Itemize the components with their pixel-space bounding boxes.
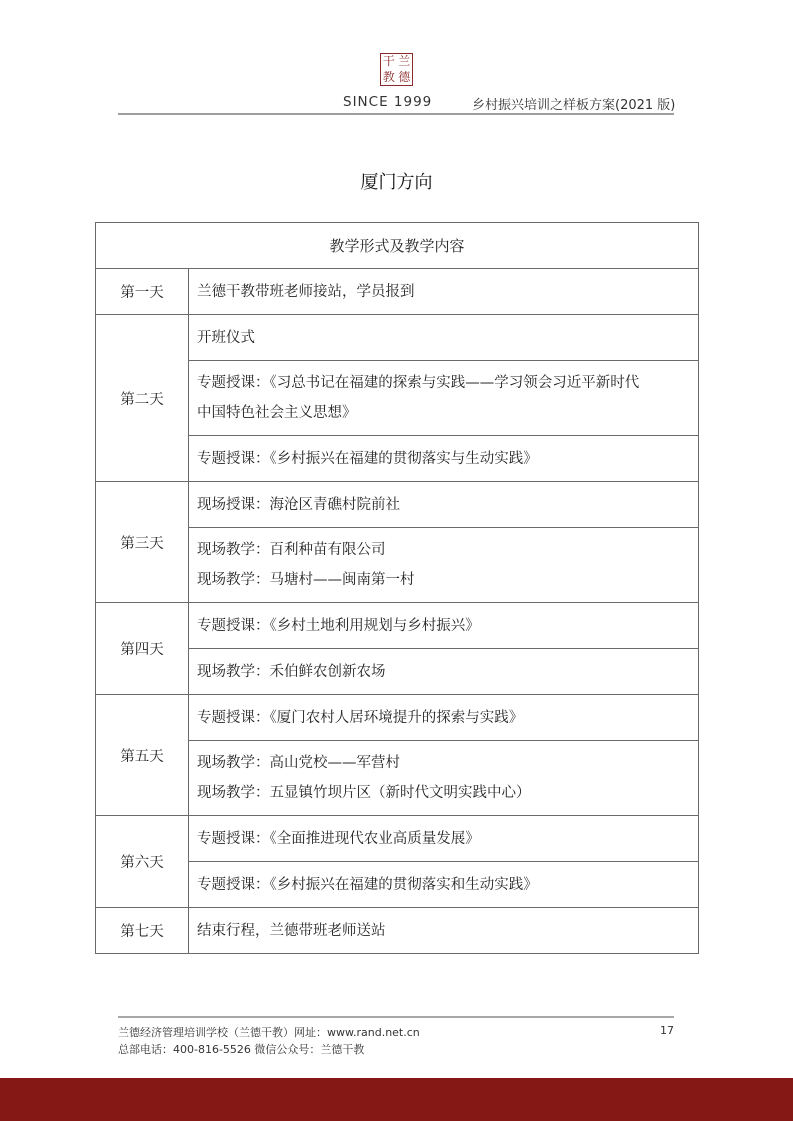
day-item: 专题授课：《全面推进现代农业高质量发展》 xyxy=(189,816,699,862)
item-text: 现场教学：高山党校——军营村 xyxy=(197,748,692,778)
table-header-row: 教学形式及教学内容 xyxy=(96,223,699,269)
page-number: 17 xyxy=(660,1024,674,1037)
day-item: 现场教学：禾伯鲜农创新农场 xyxy=(189,649,699,695)
day-label: 第七天 xyxy=(96,908,189,954)
footer-address: 兰德经济管理培训学校（兰德干教）网址：www.rand.net.cn xyxy=(118,1024,420,1041)
item-text: 兰德干教带班老师接站，学员报到 xyxy=(197,277,692,307)
footer-band xyxy=(0,1078,793,1121)
logo-seal: 干 兰 教 德 xyxy=(380,53,413,86)
table-row: 第六天 专题授课：《全面推进现代农业高质量发展》 xyxy=(96,816,699,862)
logo-char: 德 xyxy=(397,70,413,86)
item-text: 现场授课：海沧区青礁村院前社 xyxy=(197,490,692,520)
table-row: 第五天 专题授课：《厦门农村人居环境提升的探索与实践》 xyxy=(96,695,699,741)
since-label: SINCE 1999 xyxy=(343,94,432,110)
logo-char: 兰 xyxy=(397,54,413,70)
day-item: 现场授课：海沧区青礁村院前社 xyxy=(189,482,699,528)
logo-char: 干 xyxy=(381,54,397,70)
page-title: 厦门方向 xyxy=(0,168,793,194)
item-text: 专题授课：《全面推进现代农业高质量发展》 xyxy=(197,824,692,854)
day-label: 第三天 xyxy=(96,482,189,603)
footer-contact: 总部电话：400-816-5526 微信公众号：兰德干教 xyxy=(118,1041,420,1058)
item-text: 专题授课：《厦门农村人居环境提升的探索与实践》 xyxy=(197,703,692,733)
table-row: 第四天 专题授课：《乡村土地利用规划与乡村振兴》 xyxy=(96,603,699,649)
item-text: 专题授课：《乡村振兴在福建的贯彻落实与生动实践》 xyxy=(197,444,692,474)
item-text: 专题授课：《乡村振兴在福建的贯彻落实和生动实践》 xyxy=(197,870,692,900)
day-label: 第二天 xyxy=(96,315,189,482)
day-item: 专题授课：《厦门农村人居环境提升的探索与实践》 xyxy=(189,695,699,741)
item-text: 结束行程，兰德带班老师送站 xyxy=(197,916,692,946)
day-item: 结束行程，兰德带班老师送站 xyxy=(189,908,699,954)
day-item: 现场教学：百利种苗有限公司 现场教学：马塘村——闽南第一村 xyxy=(189,528,699,603)
schedule-table: 教学形式及教学内容 第一天 兰德干教带班老师接站，学员报到 第二天 开班仪式 专… xyxy=(95,222,699,954)
document-title: 乡村振兴培训之样板方案(2021 版) xyxy=(472,94,675,113)
item-text: 现场教学：五显镇竹坝片区（新时代文明实践中心） xyxy=(197,778,692,808)
item-text: 中国特色社会主义思想》 xyxy=(197,398,692,428)
item-text: 现场教学：百利种苗有限公司 xyxy=(197,535,692,565)
day-item: 开班仪式 xyxy=(189,315,699,361)
day-item: 现场教学：高山党校——军营村 现场教学：五显镇竹坝片区（新时代文明实践中心） xyxy=(189,741,699,816)
day-item: 专题授课：《乡村振兴在福建的贯彻落实和生动实践》 xyxy=(189,862,699,908)
item-text: 现场教学：马塘村——闽南第一村 xyxy=(197,565,692,595)
table-row: 第二天 开班仪式 xyxy=(96,315,699,361)
header-divider xyxy=(118,113,674,115)
item-text: 现场教学：禾伯鲜农创新农场 xyxy=(197,657,692,687)
footer: 兰德经济管理培训学校（兰德干教）网址：www.rand.net.cn 总部电话：… xyxy=(118,1024,420,1058)
day-label: 第一天 xyxy=(96,269,189,315)
table-row: 第三天 现场授课：海沧区青礁村院前社 xyxy=(96,482,699,528)
logo-char: 教 xyxy=(381,70,397,86)
day-label: 第五天 xyxy=(96,695,189,816)
day-label: 第六天 xyxy=(96,816,189,908)
item-text: 开班仪式 xyxy=(197,323,692,353)
item-text: 专题授课：《乡村土地利用规划与乡村振兴》 xyxy=(197,611,692,641)
day-label: 第四天 xyxy=(96,603,189,695)
day-item: 专题授课：《乡村振兴在福建的贯彻落实与生动实践》 xyxy=(189,436,699,482)
item-text: 专题授课：《习总书记在福建的探索与实践——学习领会习近平新时代 xyxy=(197,368,692,398)
table-row: 第一天 兰德干教带班老师接站，学员报到 xyxy=(96,269,699,315)
table-row: 第七天 结束行程，兰德带班老师送站 xyxy=(96,908,699,954)
table-header: 教学形式及教学内容 xyxy=(96,223,699,269)
day-item: 兰德干教带班老师接站，学员报到 xyxy=(189,269,699,315)
footer-divider xyxy=(118,1016,674,1018)
day-item: 专题授课：《乡村土地利用规划与乡村振兴》 xyxy=(189,603,699,649)
day-item: 专题授课：《习总书记在福建的探索与实践——学习领会习近平新时代 中国特色社会主义… xyxy=(189,361,699,436)
